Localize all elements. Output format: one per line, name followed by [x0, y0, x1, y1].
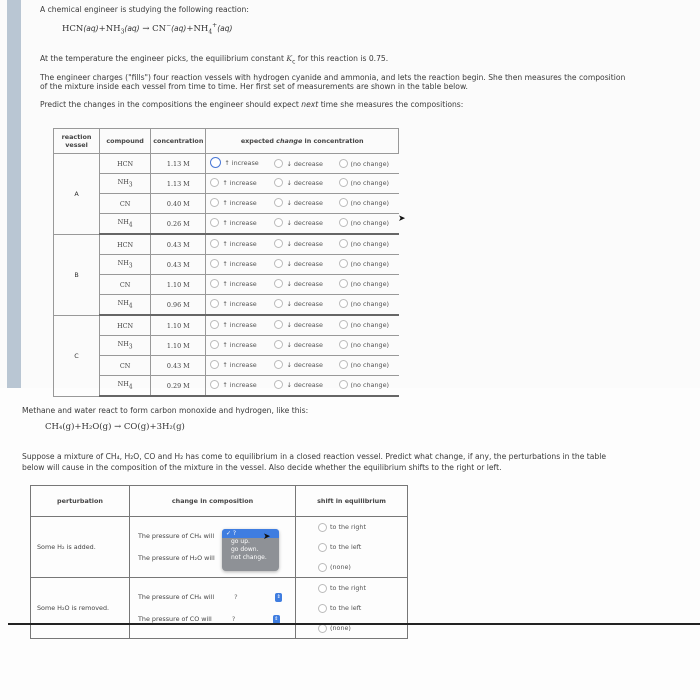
option-no-change[interactable]: (no change): [339, 320, 399, 329]
problem2-intro: Methane and water react to form carbon m…: [22, 406, 308, 416]
radio-icon[interactable]: [210, 178, 219, 187]
concentration-cell: 0.29 M: [151, 376, 206, 397]
table-row: BHCN0.43 M ↑ increase ↓ decrease (no cha…: [54, 234, 399, 255]
option-no-change[interactable]: (no change): [339, 360, 399, 369]
radio-icon[interactable]: [339, 239, 348, 248]
radio-icon[interactable]: [339, 259, 348, 268]
radio-icon[interactable]: [274, 198, 283, 207]
radio-icon[interactable]: [274, 218, 283, 227]
option-no-change[interactable]: (no change): [339, 159, 399, 168]
pressure-label: The pressure of CO will: [138, 615, 212, 623]
mouse-cursor-icon: ➤: [398, 214, 406, 224]
perturbation-h2-added: Some H₂ is added.: [31, 517, 130, 578]
pressure-line: The pressure of CO will?⇕: [130, 608, 295, 630]
suppose-text-line1: Suppose a mixture of CH₄, H₂O, CO and H₂…: [22, 452, 606, 462]
header-shift-equilibrium: shift in equilibrium: [296, 486, 408, 517]
radio-icon[interactable]: [339, 159, 348, 168]
concentration-cell: 0.40 M: [151, 194, 206, 214]
option-increase[interactable]: ↑ increase: [210, 198, 268, 207]
radio-icon[interactable]: [210, 380, 219, 389]
concentration-cell: 1.13 M: [151, 154, 206, 174]
option-decrease[interactable]: ↓ decrease: [274, 320, 332, 329]
pressure-label: The pressure of H₂O will: [138, 554, 215, 562]
radio-icon[interactable]: [274, 159, 283, 168]
header-vessel: reaction vessel: [54, 129, 100, 154]
predict-text: Predict the changes in the compositions …: [40, 100, 463, 110]
select-arrows-icon: ⇕: [275, 593, 282, 602]
option-increase[interactable]: ↑ increase: [210, 279, 268, 288]
radio-icon[interactable]: [318, 584, 327, 593]
option-no-change[interactable]: (no change): [339, 218, 399, 227]
radio-icon[interactable]: [318, 563, 327, 572]
table-row: NH40.29 M ↑ increase ↓ decrease (no chan…: [54, 376, 399, 397]
option-increase[interactable]: ↑ increase: [210, 360, 268, 369]
charge-text-line2: of the mixture inside each vessel from t…: [40, 82, 468, 92]
vessel-label: A: [54, 154, 100, 235]
option-decrease[interactable]: ↓ decrease: [274, 178, 332, 187]
radio-icon[interactable]: [274, 239, 283, 248]
perturbation-table: perturbation change in composition shift…: [30, 485, 408, 639]
header-expected-change: expected change in concentration: [206, 129, 399, 154]
pressure-label: The pressure of CH₄ will: [138, 593, 214, 601]
compound-cell: NH4: [100, 295, 151, 316]
dropdown-option-not-change[interactable]: not change.: [222, 554, 279, 562]
vessel-label: C: [54, 315, 100, 396]
reaction-equation-1: HCN(aq)+NH3(aq) → CN−(aq)+NH4+(aq): [62, 22, 232, 36]
table-row: NH30.43 M ↑ increase ↓ decrease (no chan…: [54, 255, 399, 275]
radio-icon[interactable]: [210, 259, 219, 268]
shift-option[interactable]: to the left: [296, 537, 407, 557]
change-options: ↑ increase ↓ decrease (no change): [206, 234, 399, 255]
shift-option[interactable]: (none): [296, 618, 407, 638]
radio-icon[interactable]: [339, 218, 348, 227]
change-options: ↑ increase ↓ decrease (no change): [206, 255, 399, 275]
vessel-label: B: [54, 234, 100, 315]
change-options: ↑ increase ↓ decrease (no change): [206, 376, 399, 397]
table-row: NH31.13 M ↑ increase ↓ decrease (no chan…: [54, 174, 399, 194]
concentration-cell: 0.43 M: [151, 234, 206, 255]
table-row: NH31.10 M ↑ increase ↓ decrease (no chan…: [54, 336, 399, 356]
table-row: CHCN1.10 M ↑ increase ↓ decrease (no cha…: [54, 315, 399, 336]
pressure-line: The pressure of CH₄ will?⇕: [130, 586, 295, 608]
option-increase[interactable]: ↑ increase: [210, 380, 268, 389]
change-options: ↑ increase ↓ decrease (no change): [206, 214, 399, 235]
compound-cell: CN: [100, 275, 151, 295]
radio-icon[interactable]: [274, 259, 283, 268]
shift-option[interactable]: (none): [296, 557, 407, 577]
radio-icon[interactable]: [339, 340, 348, 349]
change-options: ↑ increase ↓ decrease (no change): [206, 174, 399, 194]
compound-cell: CN: [100, 356, 151, 376]
header-concentration: concentration: [151, 129, 206, 154]
option-increase[interactable]: ↑ increase: [210, 218, 268, 227]
concentration-cell: 0.26 M: [151, 214, 206, 235]
compound-cell: NH3: [100, 336, 151, 356]
radio-icon[interactable]: [274, 279, 283, 288]
radio-icon[interactable]: [339, 360, 348, 369]
compound-cell: NH3: [100, 255, 151, 275]
change-options: ↑ increase ↓ decrease (no change): [206, 315, 399, 336]
radio-icon[interactable]: [274, 178, 283, 187]
compound-cell: CN: [100, 194, 151, 214]
concentration-cell: 0.43 M: [151, 255, 206, 275]
suppose-text-line2: below will cause in the composition of t…: [22, 463, 502, 473]
concentration-cell: 0.96 M: [151, 295, 206, 316]
radio-icon[interactable]: [318, 543, 327, 552]
radio-icon[interactable]: [339, 178, 348, 187]
compound-cell: HCN: [100, 315, 151, 336]
option-decrease[interactable]: ↓ decrease: [274, 380, 332, 389]
compound-cell: NH4: [100, 214, 151, 235]
radio-icon[interactable]: [210, 198, 219, 207]
radio-icon[interactable]: [210, 360, 219, 369]
dropdown-option-go-down[interactable]: go down.: [222, 546, 279, 554]
equilibrium-constant-text: At the temperature the engineer picks, t…: [40, 54, 388, 68]
option-decrease[interactable]: ↓ decrease: [274, 259, 332, 268]
radio-icon[interactable]: [274, 360, 283, 369]
left-sidebar-stripe: [7, 0, 21, 388]
option-decrease[interactable]: ↓ decrease: [274, 340, 332, 349]
option-no-change[interactable]: (no change): [339, 178, 399, 187]
radio-icon[interactable]: [210, 218, 219, 227]
shift-option[interactable]: to the right: [296, 578, 407, 598]
radio-icon[interactable]: [339, 279, 348, 288]
table-row: NH40.26 M ↑ increase ↓ decrease (no chan…: [54, 214, 399, 235]
option-no-change[interactable]: (no change): [339, 380, 399, 389]
compound-cell: NH3: [100, 174, 151, 194]
radio-icon[interactable]: [339, 198, 348, 207]
pressure-label: The pressure of CH₄ will: [138, 532, 214, 540]
radio-icon[interactable]: [339, 320, 348, 329]
radio-icon[interactable]: [318, 604, 327, 613]
option-decrease[interactable]: ↓ decrease: [274, 279, 332, 288]
header-change-composition: change in composition: [130, 486, 296, 517]
option-increase[interactable]: ↑ increase: [210, 259, 268, 268]
option-decrease[interactable]: ↓ decrease: [274, 239, 332, 248]
radio-icon[interactable]: [274, 299, 283, 308]
perturbation-h2o-removed: Some H₂O is removed.: [31, 578, 130, 639]
header-perturbation: perturbation: [31, 486, 130, 517]
shift-option[interactable]: to the left: [296, 598, 407, 618]
concentration-cell: 1.10 M: [151, 336, 206, 356]
radio-icon[interactable]: [210, 157, 221, 168]
radio-icon[interactable]: [274, 380, 283, 389]
option-increase[interactable]: ↑ increase: [210, 178, 268, 187]
concentration-cell: 1.10 M: [151, 275, 206, 295]
option-no-change[interactable]: (no change): [339, 340, 399, 349]
change-options: ↑ increase ↓ decrease (no change): [206, 356, 399, 376]
compound-cell: HCN: [100, 154, 151, 174]
concentration-cell: 0.43 M: [151, 356, 206, 376]
compound-cell: HCN: [100, 234, 151, 255]
table-row: CN1.10 M ↑ increase ↓ decrease (no chang…: [54, 275, 399, 295]
concentration-cell: 1.13 M: [151, 174, 206, 194]
option-increase[interactable]: ↑ increase: [210, 157, 268, 168]
concentration-cell: 1.10 M: [151, 315, 206, 336]
radio-icon[interactable]: [274, 320, 283, 329]
radio-icon[interactable]: [210, 279, 219, 288]
option-no-change[interactable]: (no change): [339, 299, 399, 308]
radio-icon[interactable]: [274, 340, 283, 349]
option-increase[interactable]: ↑ increase: [210, 239, 268, 248]
header-compound: compound: [100, 129, 151, 154]
reaction-equation-2: CH₄(g)+H₂O(g) → CO(g)+3H₂(g): [45, 422, 185, 432]
radio-icon[interactable]: [318, 523, 327, 532]
option-no-change[interactable]: (no change): [339, 279, 399, 288]
option-increase[interactable]: ↑ increase: [210, 320, 268, 329]
divider: [8, 623, 700, 625]
change-options: ↑ increase ↓ decrease (no change): [206, 336, 399, 356]
shift-option[interactable]: to the right: [296, 517, 407, 537]
radio-icon[interactable]: [339, 299, 348, 308]
option-no-change[interactable]: (no change): [339, 239, 399, 248]
change-options: ↑ increase ↓ decrease (no change): [206, 275, 399, 295]
radio-icon[interactable]: [210, 340, 219, 349]
option-decrease[interactable]: ↓ decrease: [274, 198, 332, 207]
table-row: NH40.96 M ↑ increase ↓ decrease (no chan…: [54, 295, 399, 316]
mouse-cursor-icon: ➤: [263, 532, 271, 542]
concentration-table: reaction vessel compound concentration e…: [53, 128, 399, 397]
change-options: ↑ increase ↓ decrease (no change): [206, 194, 399, 214]
option-increase[interactable]: ↑ increase: [210, 340, 268, 349]
option-decrease[interactable]: ↓ decrease: [274, 360, 332, 369]
radio-icon[interactable]: [210, 239, 219, 248]
compound-cell: NH4: [100, 376, 151, 397]
change-options: ↑ increase ↓ decrease (no change): [206, 295, 399, 316]
radio-icon[interactable]: [210, 320, 219, 329]
option-no-change[interactable]: (no change): [339, 198, 399, 207]
table-row: AHCN1.13 M ↑ increase ↓ decrease (no cha…: [54, 154, 399, 174]
table-row: CN0.40 M ↑ increase ↓ decrease (no chang…: [54, 194, 399, 214]
option-decrease[interactable]: ↓ decrease: [274, 159, 332, 168]
radio-icon[interactable]: [210, 299, 219, 308]
option-increase[interactable]: ↑ increase: [210, 299, 268, 308]
pressure-select[interactable]: ?⇕: [234, 593, 282, 602]
radio-icon[interactable]: [339, 380, 348, 389]
option-no-change[interactable]: (no change): [339, 259, 399, 268]
option-decrease[interactable]: ↓ decrease: [274, 218, 332, 227]
change-options: ↑ increase ↓ decrease (no change): [206, 154, 399, 174]
table-row: CN0.43 M ↑ increase ↓ decrease (no chang…: [54, 356, 399, 376]
option-decrease[interactable]: ↓ decrease: [274, 299, 332, 308]
problem1-intro: A chemical engineer is studying the foll…: [40, 5, 249, 15]
